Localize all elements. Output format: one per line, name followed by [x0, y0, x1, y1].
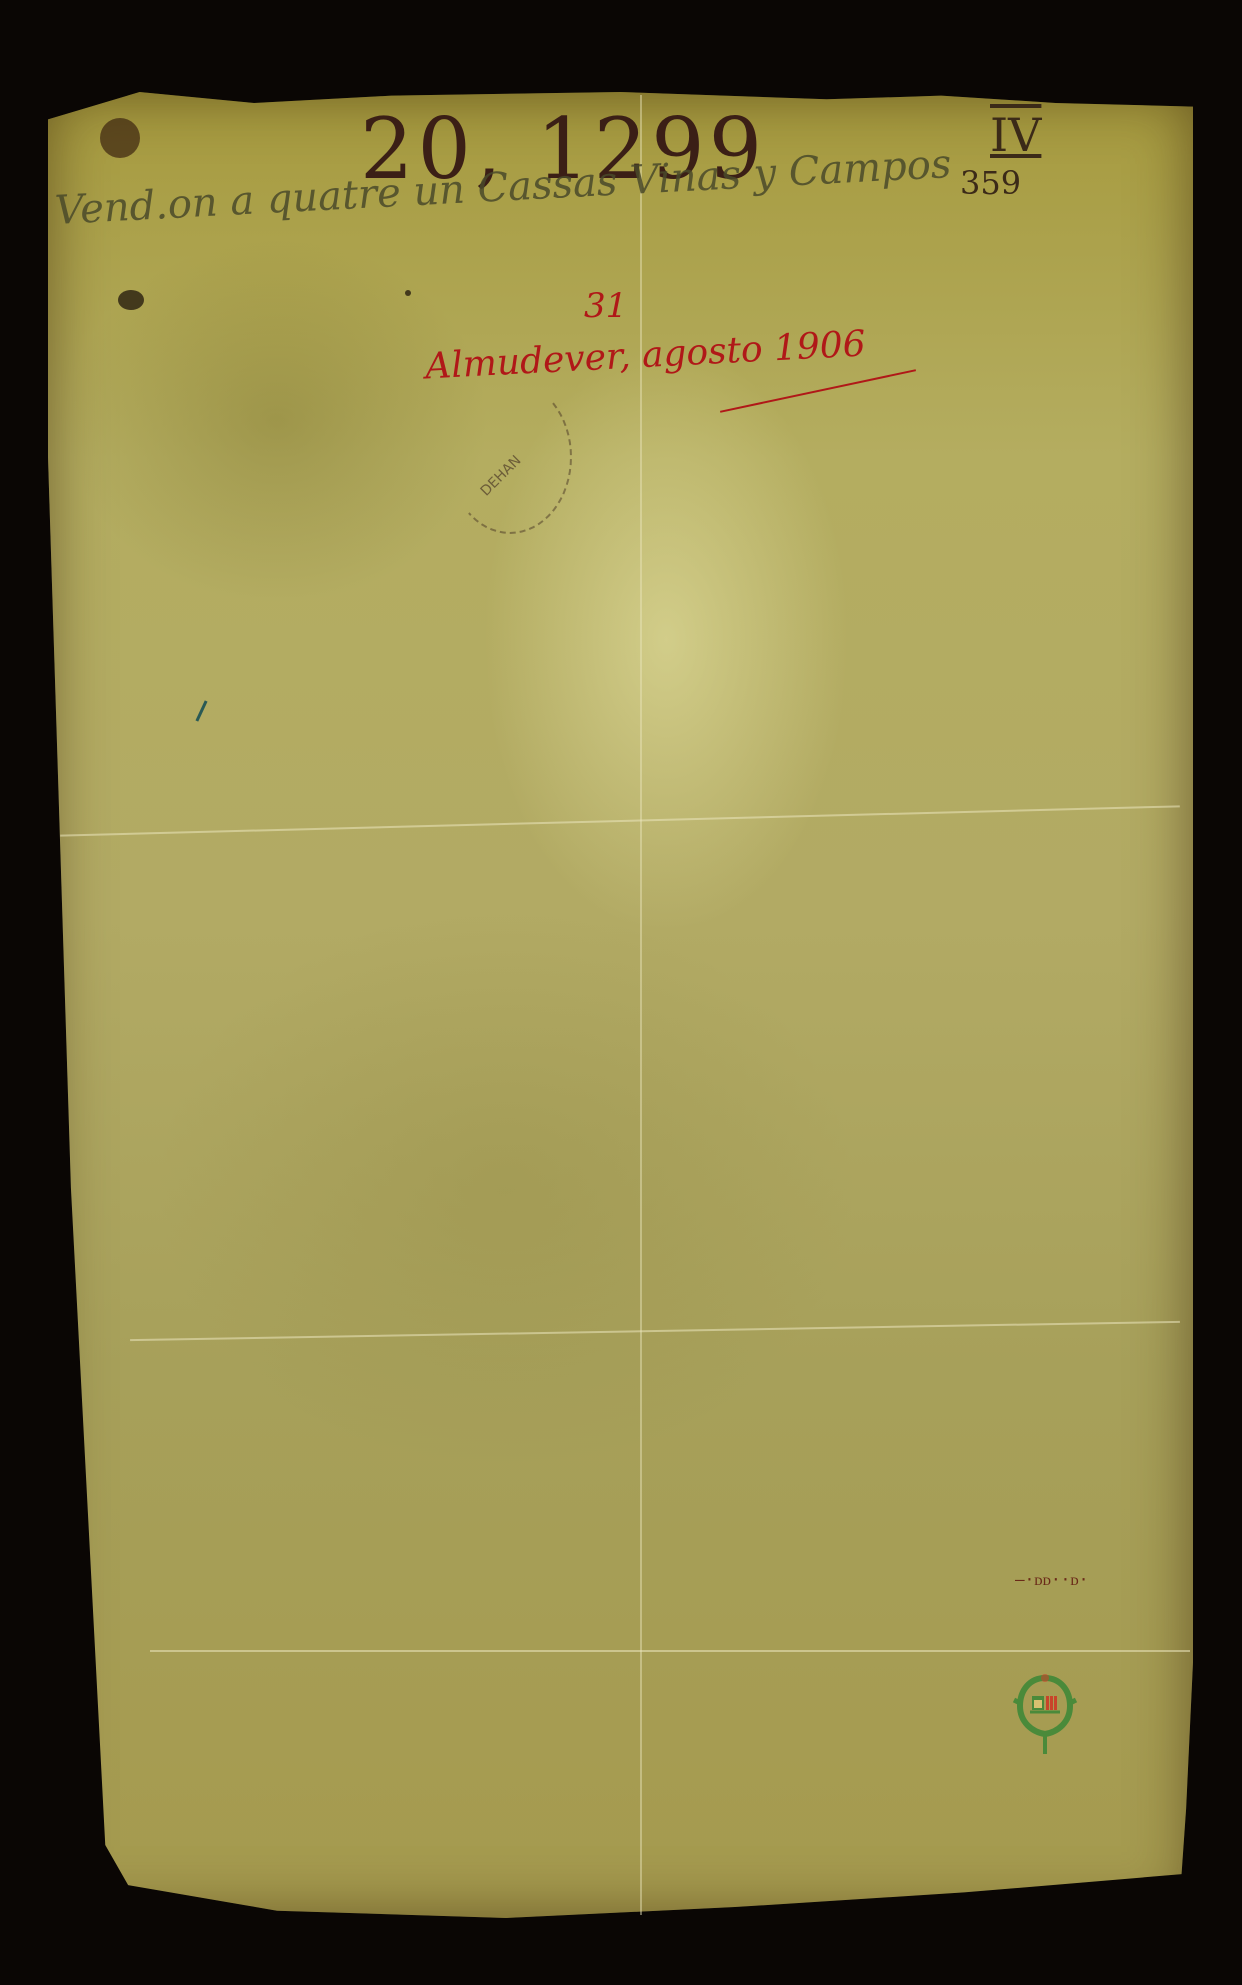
folio-number: 359 — [960, 164, 1021, 202]
ink-blot — [100, 118, 140, 158]
ink-blot — [405, 290, 411, 296]
volume-roman-numeral: IV — [990, 108, 1041, 162]
reference-mark: —·ᴅᴅ··ᴅ· — [1015, 1570, 1088, 1590]
red-annotation-number: 31 — [584, 286, 627, 326]
coat-of-arms-seal-icon — [1010, 1670, 1080, 1760]
ink-blot — [118, 290, 144, 310]
fold-line — [150, 1650, 1190, 1652]
